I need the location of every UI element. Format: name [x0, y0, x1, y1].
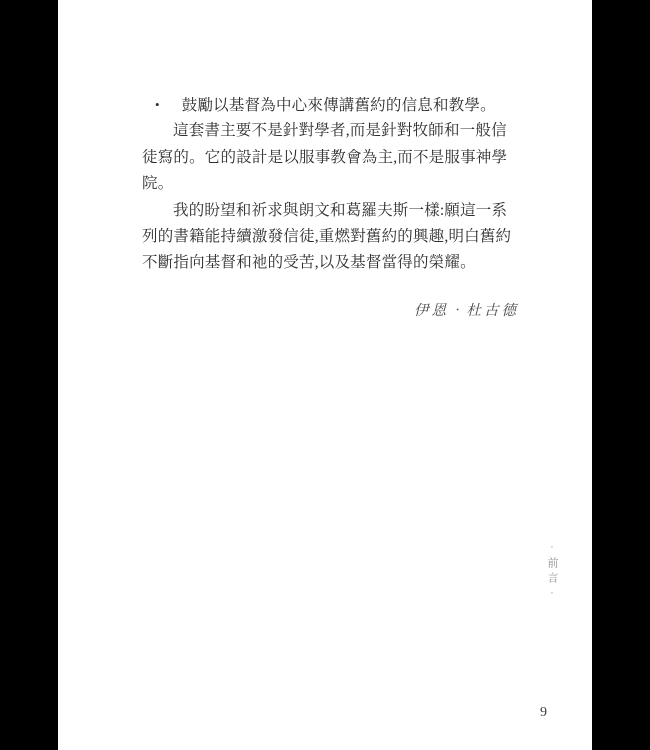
- body-text-block: •鼓勵以基督為中心來傳講舊約的信息和教學。 這套書主要不是針對學者,而是針對牧師…: [142, 92, 522, 277]
- bullet-marker: •: [155, 92, 160, 118]
- book-page-scan: •鼓勵以基督為中心來傳講舊約的信息和教學。 這套書主要不是針對學者,而是針對牧師…: [0, 0, 650, 750]
- text-line: 我的盼望和祈求與朗文和葛羅夫斯一樣:願這一系: [142, 198, 522, 224]
- left-black-border: [0, 0, 58, 750]
- text-line: 徒寫的。它的設計是以服事教會為主,而不是服事神學: [142, 145, 522, 171]
- text-line: 這套書主要不是針對學者,而是針對牧師和一般信: [142, 118, 522, 144]
- page-number: 9: [540, 705, 547, 721]
- paragraph-1: 這套書主要不是針對學者,而是針對牧師和一般信徒寫的。它的設計是以服事教會為主,而…: [142, 118, 522, 197]
- author-signature: 伊恩‧杜古德: [142, 299, 519, 320]
- paragraph-2: 我的盼望和祈求與朗文和葛羅夫斯一樣:願這一系列的書籍能持續激發信徒,重燃對舊約的…: [142, 198, 522, 277]
- text-line: 列的書籍能持續激發信徒,重燃對舊約的興趣,明白舊約: [142, 224, 522, 250]
- chapter-side-label: ·前言·: [544, 541, 560, 603]
- bullet-list-item: •鼓勵以基督為中心來傳講舊約的信息和教學。: [142, 92, 522, 118]
- text-line: 院。: [142, 171, 522, 197]
- bullet-item-text: 鼓勵以基督為中心來傳講舊約的信息和教學。: [182, 97, 496, 114]
- right-black-border: [592, 0, 650, 750]
- text-line: 不斷指向基督和祂的受苦,以及基督當得的榮耀。: [142, 250, 522, 276]
